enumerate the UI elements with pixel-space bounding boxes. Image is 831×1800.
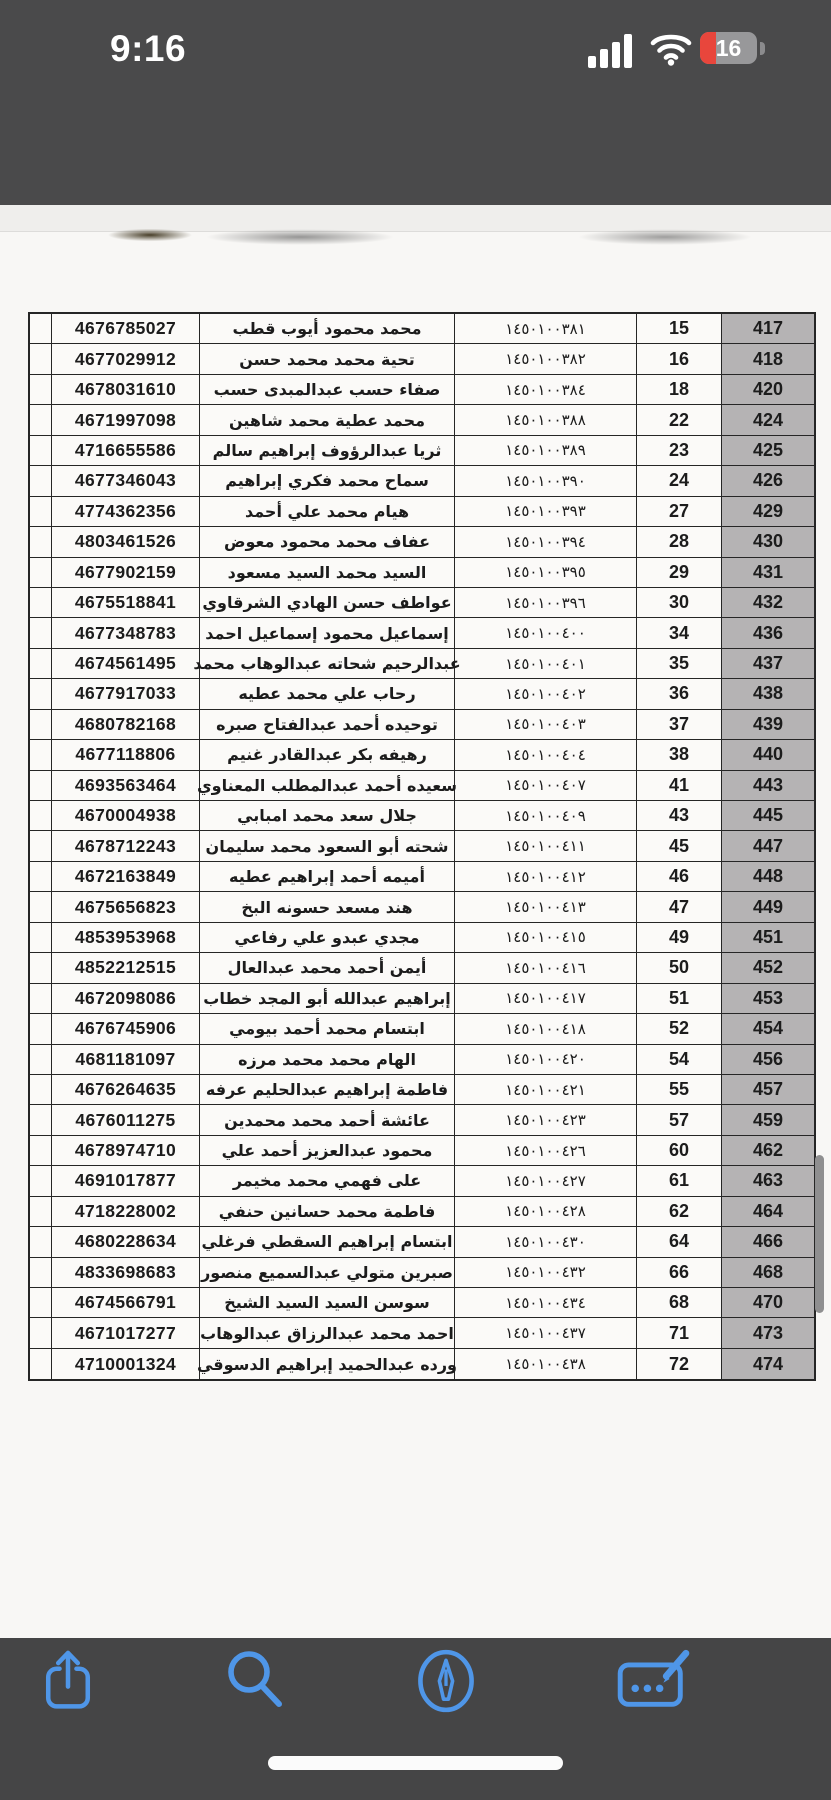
seq-cell: 46 xyxy=(637,862,722,892)
row-spacer-cell xyxy=(30,527,52,557)
seq-cell: 23 xyxy=(637,436,722,466)
serial-cell: 453 xyxy=(722,984,814,1014)
name-cell: عبدالرحيم شحاته عبدالوهاب محمد xyxy=(200,649,455,679)
row-spacer-cell xyxy=(30,436,52,466)
serial-cell: 452 xyxy=(722,953,814,983)
search-button[interactable] xyxy=(222,1648,286,1712)
serial-cell: 454 xyxy=(722,1014,814,1044)
name-cell: أميمه أحمد إبراهيم عطيه xyxy=(200,862,455,892)
code-cell: ١٤٥٠١٠٠٤٢٧ xyxy=(455,1166,637,1196)
row-spacer-cell xyxy=(30,497,52,527)
seq-cell: 49 xyxy=(637,923,722,953)
row-spacer-cell xyxy=(30,710,52,740)
seq-cell: 36 xyxy=(637,679,722,709)
name-cell: جلال سعد محمد امبابي xyxy=(200,801,455,831)
national-id-cell: 4671997098 xyxy=(52,405,200,435)
serial-cell: 417 xyxy=(722,314,814,344)
name-cell: محمود عبدالعزيز أحمد علي xyxy=(200,1136,455,1166)
row-spacer-cell xyxy=(30,618,52,648)
row-spacer-cell xyxy=(30,1288,52,1318)
serial-cell: 447 xyxy=(722,831,814,861)
serial-cell: 430 xyxy=(722,527,814,557)
name-cell: أيمن أحمد محمد عبدالعال xyxy=(200,953,455,983)
national-id-cell: 4676011275 xyxy=(52,1105,200,1135)
name-cell: سعيده أحمد عبدالمطلب المعناوي xyxy=(200,771,455,801)
national-id-cell: 4710001324 xyxy=(52,1349,200,1379)
serial-cell: 429 xyxy=(722,497,814,527)
name-cell: محمد محمود أيوب قطب xyxy=(200,314,455,344)
scanned-document-page: 4676785027محمد محمود أيوب قطب١٤٥٠١٠٠٣٨١1… xyxy=(0,205,831,1642)
seq-cell: 72 xyxy=(637,1349,722,1379)
row-spacer-cell xyxy=(30,1349,52,1379)
row-spacer-cell xyxy=(30,1258,52,1288)
code-cell: ١٤٥٠١٠٠٤٠٤ xyxy=(455,740,637,770)
row-spacer-cell xyxy=(30,1105,52,1135)
national-id-cell: 4803461526 xyxy=(52,527,200,557)
national-id-cell: 4681181097 xyxy=(52,1045,200,1075)
seq-cell: 28 xyxy=(637,527,722,557)
name-cell: صبرين متولي عبدالسميع منصور xyxy=(200,1258,455,1288)
national-id-cell: 4674566791 xyxy=(52,1288,200,1318)
code-cell: ١٤٥٠١٠٠٤١٥ xyxy=(455,923,637,953)
cellular-signal-icon xyxy=(588,34,636,68)
code-cell: ١٤٥٠١٠٠٣٨٩ xyxy=(455,436,637,466)
seq-cell: 71 xyxy=(637,1318,722,1348)
seq-cell: 62 xyxy=(637,1197,722,1227)
code-cell: ١٤٥٠١٠٠٤٠٢ xyxy=(455,679,637,709)
seq-cell: 37 xyxy=(637,710,722,740)
serial-cell: 439 xyxy=(722,710,814,740)
serial-cell: 424 xyxy=(722,405,814,435)
row-spacer-cell xyxy=(30,679,52,709)
name-cell: احمد محمد عبدالرزاق عبدالوهاب xyxy=(200,1318,455,1348)
code-cell: ١٤٥٠١٠٠٤٣٠ xyxy=(455,1227,637,1257)
code-cell: ١٤٥٠١٠٠٤١٧ xyxy=(455,984,637,1014)
code-cell: ١٤٥٠١٠٠٤٣٨ xyxy=(455,1349,637,1379)
seq-cell: 38 xyxy=(637,740,722,770)
row-spacer-cell xyxy=(30,1014,52,1044)
serial-cell: 438 xyxy=(722,679,814,709)
national-id-cell: 4677348783 xyxy=(52,618,200,648)
serial-cell: 449 xyxy=(722,892,814,922)
serial-cell: 470 xyxy=(722,1288,814,1318)
name-cell: عائشة أحمد محمد محمدين xyxy=(200,1105,455,1135)
national-id-cell: 4676264635 xyxy=(52,1075,200,1105)
national-id-cell: 4677118806 xyxy=(52,740,200,770)
national-id-cell: 4852212515 xyxy=(52,953,200,983)
code-cell: ١٤٥٠١٠٠٣٩٥ xyxy=(455,558,637,588)
name-cell: ابتسام إبراهيم السقطي فرغلي xyxy=(200,1227,455,1257)
serial-cell: 473 xyxy=(722,1318,814,1348)
code-cell: ١٤٥٠١٠٠٤٠٠ xyxy=(455,618,637,648)
serial-cell: 425 xyxy=(722,436,814,466)
name-cell: إبراهيم عبدالله أبو المجد خطاب xyxy=(200,984,455,1014)
code-cell: ١٤٥٠١٠٠٣٨١ xyxy=(455,314,637,344)
row-spacer-cell xyxy=(30,1197,52,1227)
name-cell: ورده عبدالحميد إبراهيم الدسوقي xyxy=(200,1349,455,1379)
seq-cell: 24 xyxy=(637,466,722,496)
national-id-cell: 4716655586 xyxy=(52,436,200,466)
code-cell: ١٤٥٠١٠٠٤١١ xyxy=(455,831,637,861)
row-spacer-cell xyxy=(30,801,52,831)
national-id-cell: 4691017877 xyxy=(52,1166,200,1196)
seq-cell: 18 xyxy=(637,375,722,405)
row-spacer-cell xyxy=(30,1045,52,1075)
row-spacer-cell xyxy=(30,953,52,983)
markup-button[interactable] xyxy=(414,1648,478,1712)
serial-cell: 466 xyxy=(722,1227,814,1257)
bottom-toolbar xyxy=(0,1638,831,1800)
serial-cell: 436 xyxy=(722,618,814,648)
seq-cell: 66 xyxy=(637,1258,722,1288)
code-cell: ١٤٥٠١٠٠٤٠٧ xyxy=(455,771,637,801)
seq-cell: 55 xyxy=(637,1075,722,1105)
national-id-cell: 4693563464 xyxy=(52,771,200,801)
code-cell: ١٤٥٠١٠٠٣٩٤ xyxy=(455,527,637,557)
national-id-cell: 4677917033 xyxy=(52,679,200,709)
code-cell: ١٤٥٠١٠٠٤١٣ xyxy=(455,892,637,922)
national-id-cell: 4678031610 xyxy=(52,375,200,405)
seq-cell: 27 xyxy=(637,497,722,527)
seq-cell: 68 xyxy=(637,1288,722,1318)
code-cell: ١٤٥٠١٠٠٤٣٧ xyxy=(455,1318,637,1348)
serial-cell: 443 xyxy=(722,771,814,801)
name-cell: سوسن السيد السيد الشيخ xyxy=(200,1288,455,1318)
name-cell: صفاء حسب عبدالمبدى حسب xyxy=(200,375,455,405)
serial-cell: 437 xyxy=(722,649,814,679)
national-id-cell: 4677029912 xyxy=(52,344,200,374)
serial-cell: 463 xyxy=(722,1166,814,1196)
markup-pen-icon xyxy=(416,1648,476,1714)
fill-sign-button[interactable] xyxy=(616,1648,680,1712)
seq-cell: 43 xyxy=(637,801,722,831)
name-cell: مجدي عبدو علي رفاعي xyxy=(200,923,455,953)
national-id-cell: 4670004938 xyxy=(52,801,200,831)
row-spacer-cell xyxy=(30,314,52,344)
code-cell: ١٤٥٠١٠٠٤٢٣ xyxy=(455,1105,637,1135)
serial-cell: 451 xyxy=(722,923,814,953)
serial-cell: 464 xyxy=(722,1197,814,1227)
code-cell: ١٤٥٠١٠٠٤١٨ xyxy=(455,1014,637,1044)
seq-cell: 51 xyxy=(637,984,722,1014)
scrollbar-thumb[interactable] xyxy=(815,1155,824,1313)
code-cell: ١٤٥٠١٠٠٣٨٨ xyxy=(455,405,637,435)
row-spacer-cell xyxy=(30,1075,52,1105)
national-id-cell: 4677346043 xyxy=(52,466,200,496)
code-cell: ١٤٥٠١٠٠٣٩٠ xyxy=(455,466,637,496)
battery-icon: 16 xyxy=(700,32,757,64)
code-cell: ١٤٥٠١٠٠٤٣٤ xyxy=(455,1288,637,1318)
national-id-cell: 4718228002 xyxy=(52,1197,200,1227)
name-cell: شحته أبو السعود محمد سليمان xyxy=(200,831,455,861)
code-cell: ١٤٥٠١٠٠٣٩٣ xyxy=(455,497,637,527)
seq-cell: 47 xyxy=(637,892,722,922)
wifi-icon xyxy=(650,32,692,66)
share-button[interactable] xyxy=(36,1648,100,1712)
name-cell: السيد محمد السيد مسعود xyxy=(200,558,455,588)
home-indicator[interactable] xyxy=(268,1756,563,1770)
row-spacer-cell xyxy=(30,984,52,1014)
row-spacer-cell xyxy=(30,588,52,618)
scanned-table: 4676785027محمد محمود أيوب قطب١٤٥٠١٠٠٣٨١1… xyxy=(28,312,816,1381)
national-id-cell: 4678974710 xyxy=(52,1136,200,1166)
seq-cell: 60 xyxy=(637,1136,722,1166)
name-cell: ابتسام محمد أحمد بيومي xyxy=(200,1014,455,1044)
code-cell: ١٤٥٠١٠٠٤١٦ xyxy=(455,953,637,983)
name-cell: فاطمة محمد حسانين حنفي xyxy=(200,1197,455,1227)
row-spacer-cell xyxy=(30,375,52,405)
status-time: 9:16 xyxy=(110,28,186,70)
name-cell: رهيفه بكر عبدالقادر غنيم xyxy=(200,740,455,770)
name-cell: هيام محمد علي أحمد xyxy=(200,497,455,527)
name-cell: تحية محمد محمد حسن xyxy=(200,344,455,374)
row-spacer-cell xyxy=(30,649,52,679)
code-cell: ١٤٥٠١٠٠٣٨٤ xyxy=(455,375,637,405)
row-spacer-cell xyxy=(30,740,52,770)
national-id-cell: 4853953968 xyxy=(52,923,200,953)
code-cell: ١٤٥٠١٠٠٣٩٦ xyxy=(455,588,637,618)
code-cell: ١٤٥٠١٠٠٤١٢ xyxy=(455,862,637,892)
seq-cell: 64 xyxy=(637,1227,722,1257)
code-cell: ١٤٥٠١٠٠٤٠١ xyxy=(455,649,637,679)
name-cell: ثريا عبدالرؤوف إبراهيم سالم xyxy=(200,436,455,466)
code-cell: ١٤٥٠١٠٠٣٨٢ xyxy=(455,344,637,374)
serial-cell: 426 xyxy=(722,466,814,496)
seq-cell: 61 xyxy=(637,1166,722,1196)
share-icon xyxy=(40,1648,96,1712)
page-edge-strip xyxy=(0,205,831,232)
serial-cell: 448 xyxy=(722,862,814,892)
seq-cell: 22 xyxy=(637,405,722,435)
serial-cell: 445 xyxy=(722,801,814,831)
seq-cell: 57 xyxy=(637,1105,722,1135)
name-cell: محمد عطية محمد شاهين xyxy=(200,405,455,435)
row-spacer-cell xyxy=(30,1318,52,1348)
name-cell: عواطف حسن الهادي الشرقاوي xyxy=(200,588,455,618)
seq-cell: 54 xyxy=(637,1045,722,1075)
row-spacer-cell xyxy=(30,558,52,588)
serial-cell: 456 xyxy=(722,1045,814,1075)
national-id-cell: 4671017277 xyxy=(52,1318,200,1348)
national-id-cell: 4674561495 xyxy=(52,649,200,679)
national-id-cell: 4675518841 xyxy=(52,588,200,618)
row-spacer-cell xyxy=(30,344,52,374)
serial-cell: 459 xyxy=(722,1105,814,1135)
name-cell: عفاف محمد محمود معوض xyxy=(200,527,455,557)
code-cell: ١٤٥٠١٠٠٤٠٩ xyxy=(455,801,637,831)
name-cell: إسماعيل محمود إسماعيل احمد xyxy=(200,618,455,648)
name-cell: سماح محمد فكري إبراهيم xyxy=(200,466,455,496)
row-spacer-cell xyxy=(30,1136,52,1166)
code-cell: ١٤٥٠١٠٠٤٣٢ xyxy=(455,1258,637,1288)
national-id-cell: 4677902159 xyxy=(52,558,200,588)
row-spacer-cell xyxy=(30,1227,52,1257)
seq-cell: 29 xyxy=(637,558,722,588)
national-id-cell: 4675656823 xyxy=(52,892,200,922)
code-cell: ١٤٥٠١٠٠٤٢١ xyxy=(455,1075,637,1105)
serial-cell: 457 xyxy=(722,1075,814,1105)
national-id-cell: 4774362356 xyxy=(52,497,200,527)
code-cell: ١٤٥٠١٠٠٤٢٠ xyxy=(455,1045,637,1075)
serial-cell: 418 xyxy=(722,344,814,374)
row-spacer-cell xyxy=(30,1166,52,1196)
code-cell: ١٤٥٠١٠٠٤٢٦ xyxy=(455,1136,637,1166)
seq-cell: 41 xyxy=(637,771,722,801)
seq-cell: 15 xyxy=(637,314,722,344)
national-id-cell: 4678712243 xyxy=(52,831,200,861)
nav-bar: Adobe Scan 17 Jun 2024 xyxy=(0,100,831,205)
code-cell: ١٤٥٠١٠٠٤٢٨ xyxy=(455,1197,637,1227)
seq-cell: 34 xyxy=(637,618,722,648)
serial-cell: 431 xyxy=(722,558,814,588)
seq-cell: 35 xyxy=(637,649,722,679)
national-id-cell: 4676785027 xyxy=(52,314,200,344)
row-spacer-cell xyxy=(30,405,52,435)
national-id-cell: 4676745906 xyxy=(52,1014,200,1044)
serial-cell: 468 xyxy=(722,1258,814,1288)
seq-cell: 16 xyxy=(637,344,722,374)
national-id-cell: 4680782168 xyxy=(52,710,200,740)
serial-cell: 440 xyxy=(722,740,814,770)
row-spacer-cell xyxy=(30,771,52,801)
national-id-cell: 4672098086 xyxy=(52,984,200,1014)
serial-cell: 432 xyxy=(722,588,814,618)
row-spacer-cell xyxy=(30,862,52,892)
serial-cell: 420 xyxy=(722,375,814,405)
name-cell: الهام محمد محمد مرزه xyxy=(200,1045,455,1075)
seq-cell: 52 xyxy=(637,1014,722,1044)
national-id-cell: 4672163849 xyxy=(52,862,200,892)
seq-cell: 30 xyxy=(637,588,722,618)
search-icon xyxy=(224,1648,284,1710)
battery-nub xyxy=(760,42,765,55)
name-cell: هند مسعد حسونه البخ xyxy=(200,892,455,922)
name-cell: فاطمة إبراهيم عبدالحليم عرفه xyxy=(200,1075,455,1105)
status-bar: 9:16 16 xyxy=(0,0,831,100)
seq-cell: 45 xyxy=(637,831,722,861)
row-spacer-cell xyxy=(30,892,52,922)
row-spacer-cell xyxy=(30,831,52,861)
serial-cell: 474 xyxy=(722,1349,814,1379)
row-spacer-cell xyxy=(30,466,52,496)
name-cell: رحاب علي محمد عطيه xyxy=(200,679,455,709)
fill-sign-icon xyxy=(616,1648,692,1710)
name-cell: على فهمي محمد مخيمر xyxy=(200,1166,455,1196)
name-cell: توحيده أحمد عبدالفتاح صبره xyxy=(200,710,455,740)
battery-percent-label: 16 xyxy=(700,32,757,64)
page-curl-shadow xyxy=(0,229,831,255)
national-id-cell: 4680228634 xyxy=(52,1227,200,1257)
code-cell: ١٤٥٠١٠٠٤٠٣ xyxy=(455,710,637,740)
serial-cell: 462 xyxy=(722,1136,814,1166)
row-spacer-cell xyxy=(30,923,52,953)
seq-cell: 50 xyxy=(637,953,722,983)
national-id-cell: 4833698683 xyxy=(52,1258,200,1288)
